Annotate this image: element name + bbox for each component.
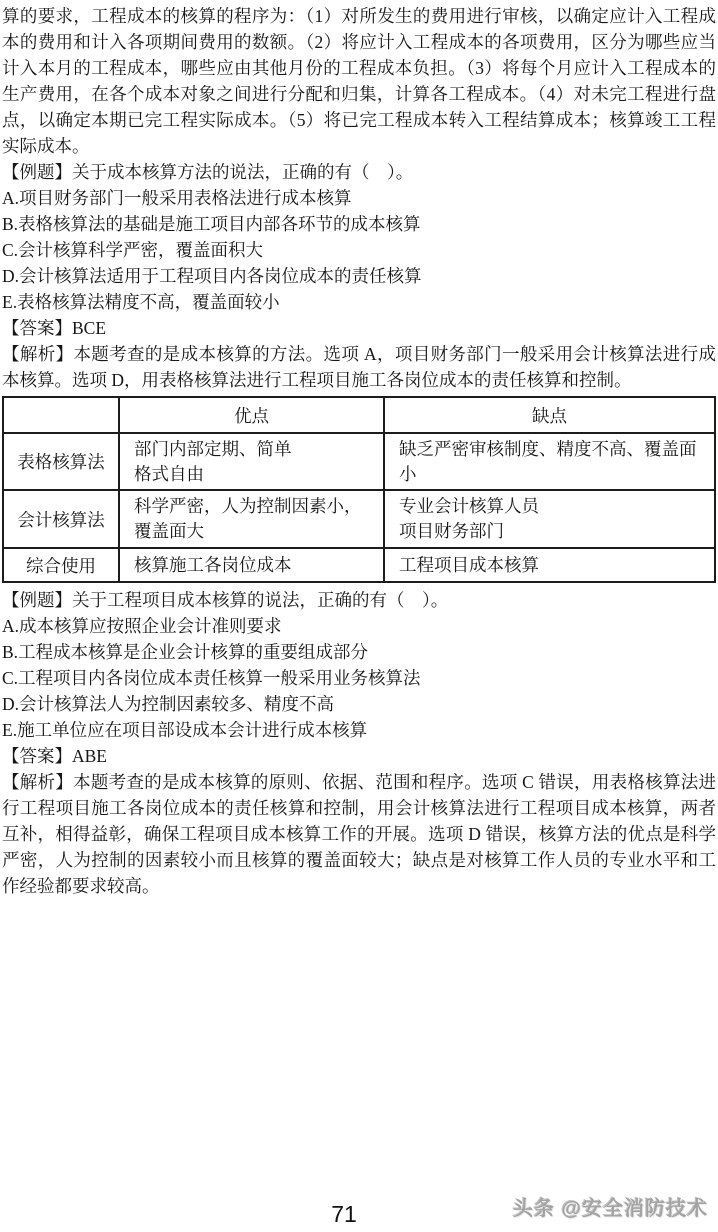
answer-line: 【答案】BCE bbox=[2, 315, 716, 341]
table-cell-method: 会计核算法 bbox=[3, 490, 119, 548]
table-cell-cons: 专业会计核算人员 项目财务部门 bbox=[384, 490, 715, 548]
comparison-table: 优点 缺点 表格核算法 部门内部定期、简单 格式自由 缺乏严密审核制度、精度不高… bbox=[2, 396, 716, 583]
table-row: 表格核算法 部门内部定期、简单 格式自由 缺乏严密审核制度、精度不高、覆盖面小 bbox=[3, 433, 715, 490]
intro-line: 实际成本。 bbox=[2, 133, 716, 159]
table-row: 综合使用 核算施工各岗位成本 工程项目成本核算 bbox=[3, 548, 715, 582]
option-line-a: A.项目财务部门一般采用表格法进行成本核算 bbox=[2, 185, 716, 211]
table-cell-method: 表格核算法 bbox=[3, 433, 119, 490]
analysis-line: 【解析】本题考查的是成本核算的原则、依据、范围和程序。选项 C 错误，用表格核算… bbox=[2, 769, 716, 795]
analysis-line: 本核算。选项 D，用表格核算法进行工程项目施工各岗位成本的责任核算和控制。 bbox=[2, 367, 716, 393]
intro-paragraph: 算的要求，工程成本的核算的程序为：（1）对所发生的费用进行审核，以确定应计入工程… bbox=[2, 3, 716, 159]
question-stem: 【例题】关于工程项目成本核算的说法，正确的有（ ）。 bbox=[2, 587, 716, 613]
intro-line: 计入本月的工程成本，哪些应由其他月份的工程成本负担。（3）将每个月应计入工程成本… bbox=[2, 55, 716, 81]
question-stem: 【例题】关于成本核算方法的说法，正确的有（ ）。 bbox=[2, 159, 716, 185]
option-line-c: C.工程项目内各岗位成本责任核算一般采用业务核算法 bbox=[2, 665, 716, 691]
table-cell-pros: 部门内部定期、简单 格式自由 bbox=[119, 433, 384, 490]
intro-line: 点，以确定本期已完工程实际成本。（5）将已完工程成本转入工程结算成本；核算竣工工… bbox=[2, 107, 716, 133]
cell-line: 专业会计核算人员 bbox=[399, 494, 708, 519]
cell-line: 覆盖面大 bbox=[134, 519, 377, 544]
option-line-d: D.会计核算法适用于工程项目内各岗位成本的责任核算 bbox=[2, 263, 716, 289]
cell-line: 缺乏严密审核制度、精度不高、覆盖面小 bbox=[399, 437, 708, 487]
table-cell-method: 综合使用 bbox=[3, 548, 119, 582]
table-cell-pros: 科学严密，人为控制因素小， 覆盖面大 bbox=[119, 490, 384, 548]
option-line-e: E.施工单位应在项目部设成本会计进行成本核算 bbox=[2, 717, 716, 743]
table-cell-cons: 缺乏严密审核制度、精度不高、覆盖面小 bbox=[384, 433, 715, 490]
cell-line: 格式自由 bbox=[134, 462, 377, 487]
table-header-pros: 优点 bbox=[119, 397, 384, 433]
option-line-b: B.工程成本核算是企业会计核算的重要组成部分 bbox=[2, 639, 716, 665]
question-2: 【例题】关于工程项目成本核算的说法，正确的有（ ）。 A.成本核算应按照企业会计… bbox=[2, 587, 716, 899]
document-body: 算的要求，工程成本的核算的程序为：（1）对所发生的费用进行审核，以确定应计入工程… bbox=[2, 3, 716, 899]
analysis-line: 行工程项目施工各岗位成本的责任核算和控制，用会计核算法进行工程项目成本核算，两者 bbox=[2, 795, 716, 821]
intro-line: 算的要求，工程成本的核算的程序为：（1）对所发生的费用进行审核，以确定应计入工程… bbox=[2, 3, 716, 29]
intro-line: 生产费用，在各个成本对象之间进行分配和归集，计算各工程成本。（4）对未完工程进行… bbox=[2, 81, 716, 107]
analysis-line: 互补，相得益彰，确保工程项目成本核算工作的开展。选项 D 错误，核算方法的优点是… bbox=[2, 821, 716, 847]
option-line-d: D.会计核算法人为控制因素较多、精度不高 bbox=[2, 691, 716, 717]
table-header-cons: 缺点 bbox=[384, 397, 715, 433]
document-page: 算的要求，工程成本的核算的程序为：（1）对所发生的费用进行审核，以确定应计入工程… bbox=[0, 0, 718, 1232]
watermark: 头条 @安全消防技术 bbox=[513, 1192, 708, 1221]
analysis-line: 【解析】本题考查的是成本核算的方法。选项 A，项目财务部门一般采用会计核算法进行… bbox=[2, 341, 716, 367]
table-corner-cell bbox=[3, 397, 119, 433]
cell-line: 项目财务部门 bbox=[399, 519, 708, 544]
option-line-c: C.会计核算科学严密，覆盖面积大 bbox=[2, 237, 716, 263]
question-1: 【例题】关于成本核算方法的说法，正确的有（ ）。 A.项目财务部门一般采用表格法… bbox=[2, 159, 716, 393]
option-line-e: E.表格核算法精度不高，覆盖面较小 bbox=[2, 289, 716, 315]
cell-line: 工程项目成本核算 bbox=[399, 553, 708, 578]
cell-line: 部门内部定期、简单 bbox=[134, 437, 377, 462]
answer-line: 【答案】ABE bbox=[2, 743, 716, 769]
option-line-b: B.表格核算法的基础是施工项目内部各环节的成本核算 bbox=[2, 211, 716, 237]
analysis-line: 严密，人为控制的因素较小而且核算的覆盖面较大；缺点是对核算工作人员的专业水平和工 bbox=[2, 847, 716, 873]
intro-line: 本的费用和计入各项期间费用的数额。（2）将应计入工程成本的各项费用，区分为哪些应… bbox=[2, 29, 716, 55]
cell-line: 科学严密，人为控制因素小， bbox=[134, 494, 377, 519]
table-header-row: 优点 缺点 bbox=[3, 397, 715, 433]
analysis-line: 作经验都要求较高。 bbox=[2, 873, 716, 899]
table-row: 会计核算法 科学严密，人为控制因素小， 覆盖面大 专业会计核算人员 项目财务部门 bbox=[3, 490, 715, 548]
option-line-a: A.成本核算应按照企业会计准则要求 bbox=[2, 613, 716, 639]
cell-line: 核算施工各岗位成本 bbox=[134, 553, 377, 578]
table-cell-cons: 工程项目成本核算 bbox=[384, 548, 715, 582]
table-cell-pros: 核算施工各岗位成本 bbox=[119, 548, 384, 582]
